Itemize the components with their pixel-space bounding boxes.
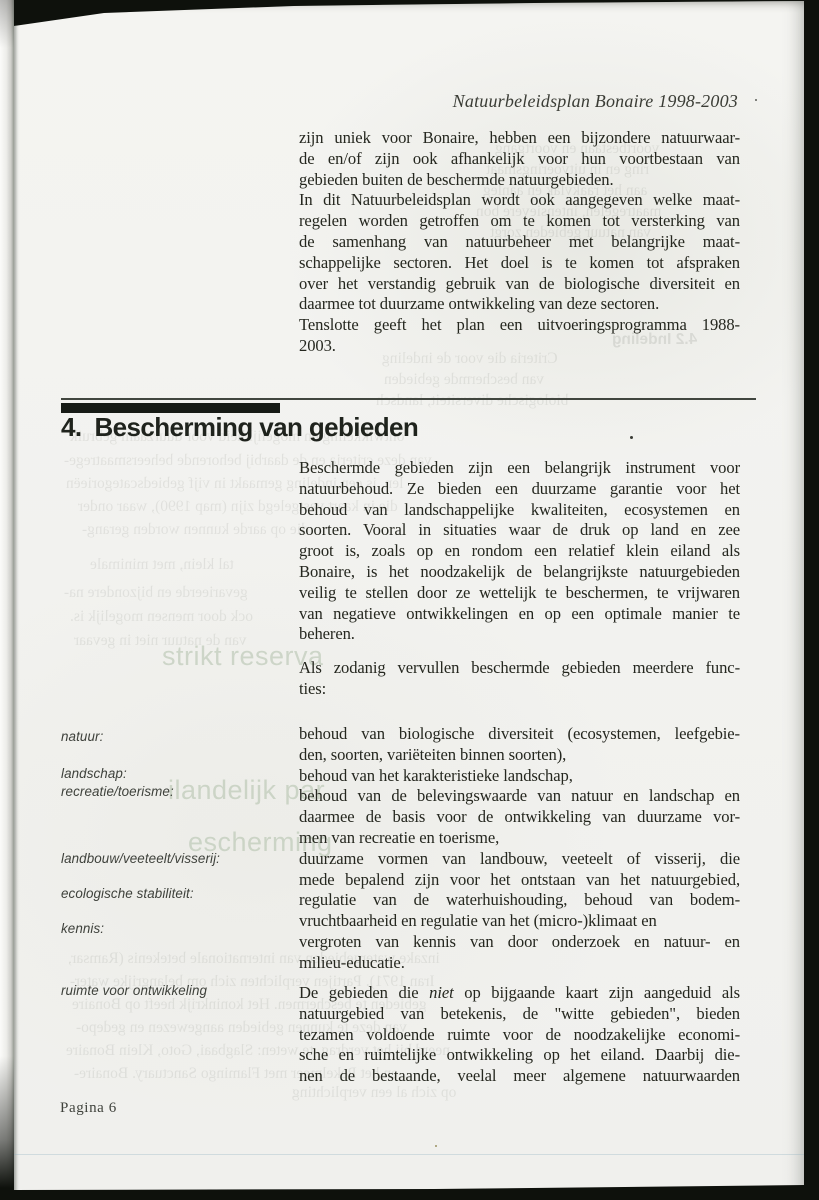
section-heading: 4.Bescherming van gebieden [61, 412, 418, 443]
scan-speck [755, 99, 757, 101]
paragraph-protected-areas: Beschermde gebieden zijn een belangrijk … [299, 458, 740, 645]
paragraph-functions-list: behoud van biologische diversiteit (ecos… [299, 724, 740, 974]
margin-label-landbouw-veeteelt-visserij: landbouw/veeteelt/visserij: [61, 851, 220, 866]
text-line: gebieden buiten de beschermde natuurgebi… [299, 170, 740, 191]
text-line: daarmee de basis voor de ontwikkeling va… [299, 807, 740, 828]
section-number: 4. [61, 412, 81, 442]
text-line: zijn uniek voor Bonaire, hebben een bijz… [299, 128, 740, 149]
scan-line-artifact [14, 1154, 804, 1155]
margin-label-landschap: landschap: [61, 766, 127, 781]
text-line: vergroten van kennis van door onderzoek … [299, 932, 740, 953]
text-line: Bonaire, is het noodzakelijk de belangri… [299, 562, 740, 583]
text-line: behoud van biologische diversiteit (ecos… [299, 724, 740, 745]
text-line: de samenhang van natuurbeheer met belang… [299, 232, 740, 253]
text-line: Beschermde gebieden zijn een belangrijk … [299, 458, 740, 479]
text-line: men van recreatie en toerisme, [299, 828, 740, 849]
text-line: natuurbehoud. Ze bieden een duurzame gar… [299, 479, 740, 500]
margin-label-kennis: kennis: [61, 921, 104, 936]
text-line: soorten. Vooral in situaties waar de dru… [299, 520, 740, 541]
margin-label-natuur: natuur: [61, 729, 103, 744]
section-title: Bescherming van gebieden [94, 412, 418, 442]
text-line: veilig te stellen door ze wettelijk te b… [299, 583, 740, 604]
text-line: over het verstandig gebruik van de biolo… [299, 274, 740, 295]
text-line: 2003. [299, 336, 740, 357]
bleedthrough-text: ock door mensen mogelijk is. [70, 608, 253, 626]
text-line: beheren. [299, 624, 740, 645]
text-line: behoud van landschappelijke kwaliteiten,… [299, 500, 740, 521]
text-line: ties: [299, 679, 740, 700]
text-line: natuurgebied van betekenis, de "witte ge… [299, 1004, 740, 1025]
text-line: den, soorten, variëteiten binnen soorten… [299, 745, 740, 766]
text-line: In dit Natuurbeleidsplan wordt ook aange… [299, 190, 740, 211]
text-line: sche en ruimtelijke ontwikkeling op het … [299, 1045, 740, 1066]
paragraph-functions-intro: Als zodanig vervullen beschermde gebiede… [299, 658, 740, 700]
bleedthrough-text: tal klein, met minimale [90, 556, 234, 574]
page-number: Pagina 6 [60, 1100, 117, 1117]
text-line: tezamen voldoende ruimte voor de noodzak… [299, 1025, 740, 1046]
margin-label-ecologische-stabiliteit: ecologische stabiliteit: [61, 886, 194, 901]
bleedthrough-text: van beschermde gebieden [384, 371, 544, 389]
running-header: Natuurbeleidsplan Bonaire 1998-2003 [300, 91, 738, 112]
scan-speck [630, 436, 633, 439]
text-line: De gebieden die niet op bijgaande kaart … [299, 983, 740, 1004]
paragraph-white-areas: De gebieden die niet op bijgaande kaart … [299, 983, 740, 1087]
bleedthrough-text: gevarieerde en bijzondere na- [64, 584, 248, 602]
bleedthrough-text: biologische diversiteit, landsch [376, 392, 568, 410]
text-line: regulatie van de waterhuishouding, behou… [299, 890, 740, 911]
text-line: behoud van het karakteristieke landschap… [299, 766, 740, 787]
text-line: mede bepalend zijn voor het ontstaan van… [299, 870, 740, 891]
scan-speck [435, 1145, 437, 1147]
text-line: vruchtbaarheid en regulatie van het (mic… [299, 911, 740, 932]
section-divider-line [61, 398, 756, 400]
text-line: duurzame vormen van landbouw, veeteelt o… [299, 849, 740, 870]
bleedthrough-text: die op aarde kunnen worden gerang- [82, 521, 309, 539]
text-line: nen de bestaande, veelal meer algemene n… [299, 1066, 740, 1087]
text-line: daarmee tot duurzame ontwikkeling van de… [299, 294, 740, 315]
page-content: voortbestaan en voortgangring en in uitv… [0, 0, 819, 1200]
text-line: milieu-educatie. [299, 953, 740, 974]
text-line: schappelijke sectoren. Het doel is te ko… [299, 253, 740, 274]
text-line: Als zodanig vervullen beschermde gebiede… [299, 658, 740, 679]
text-line: van negatieve ontwikkelingen en op een o… [299, 604, 740, 625]
text-line: Tenslotte geeft het plan een uitvoerings… [299, 315, 740, 336]
text-line: de en/of zijn ook afhankelijk voor hun v… [299, 149, 740, 170]
paragraph-intro: zijn uniek voor Bonaire, hebben een bijz… [299, 128, 740, 357]
text-line: behoud van de belevingswaarde van natuur… [299, 786, 740, 807]
text-line: groot is, zoals op en rondom een relatie… [299, 541, 740, 562]
text-line: regelen worden getroffen om te komen tot… [299, 211, 740, 232]
margin-label-recreatie-toerisme: recreatie/toerisme: [61, 784, 174, 799]
margin-label-ruimte-voor-ontwikkeling: ruimte voor ontwikkeling [61, 983, 207, 998]
